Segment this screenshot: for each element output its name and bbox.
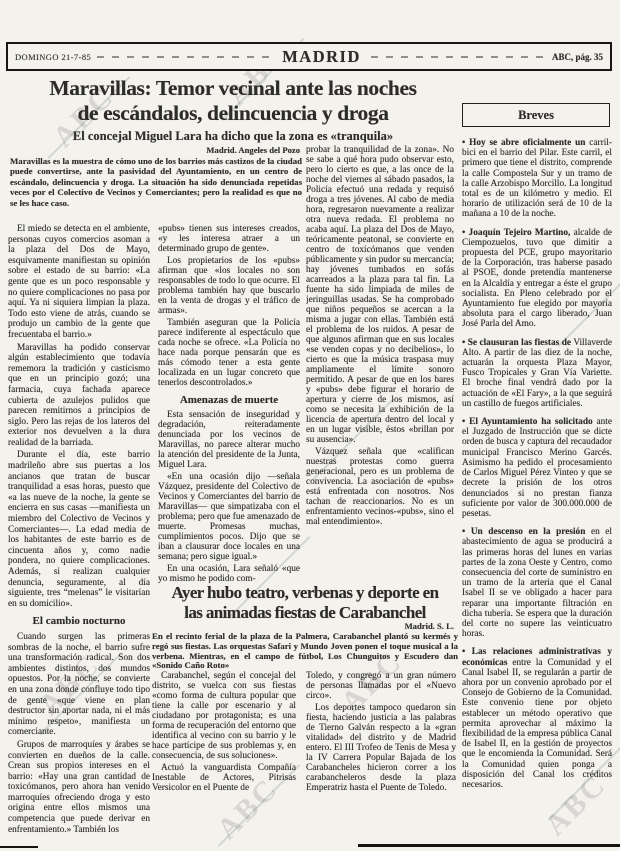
- paragraph: En una ocasión, Lara señaló «que yo mism…: [158, 564, 300, 584]
- breves-item-text: entre la Comunidad y el Canal Isabel II,…: [462, 658, 612, 790]
- paragraph: Toledo, y congregó a un gran número de p…: [306, 671, 456, 701]
- article2-lede: En el recinto ferial de la plaza de la P…: [152, 632, 458, 671]
- paragraph: Grupos de marroquíes y árabes se convier…: [8, 740, 150, 835]
- paragraph: «En una ocasión dijo —señala Vázquez, pr…: [158, 472, 300, 562]
- breves-item: • Las relaciones administrativas y econó…: [462, 647, 612, 790]
- paragraph: Vázquez señala que «califican nuestras p…: [306, 447, 454, 527]
- headline-line: de escándalos, delincuencia y droga: [77, 101, 388, 125]
- breves-item-lead: • Un descenso en la presión: [462, 527, 585, 537]
- breves-item: • Hoy se abre oficialmente un carril-bic…: [462, 138, 612, 220]
- breves-item-text: alcalde de Ciempozuelos, tuvo que dimiti…: [462, 228, 612, 330]
- paragraph: El miedo se detecta en el ambiente, pers…: [8, 224, 150, 341]
- article1-subheadline: El concejal Miguel Lara ha dicho que la …: [10, 129, 456, 144]
- header-rule: [97, 56, 272, 58]
- page-number: ABC, pág. 35: [552, 52, 603, 62]
- breves-item-text: Villaverde Alto. A partir de las diez de…: [462, 338, 612, 409]
- page-header: DOMINGO 21-7-85 MADRID ABC, pág. 35: [6, 42, 612, 71]
- bottom-rule-left: [0, 846, 38, 848]
- paragraph: Cuando surgen las primeras sombras de la…: [8, 632, 150, 738]
- section-title: MADRID: [278, 47, 365, 67]
- paragraph: Los deportes tampoco quedaron sin fiesta…: [306, 703, 456, 793]
- paragraph: Durante el día, este barrio madrileño ab…: [8, 450, 150, 609]
- breves-item: • Se clausuran las fiestas de Villaverde…: [462, 338, 612, 409]
- breves-item-text: en el abastecimiento de agua se producir…: [462, 527, 612, 639]
- breves-list: • Hoy se abre oficialmente un carril-bic…: [462, 138, 612, 848]
- paragraph: Carabanchel, según el concejal del distr…: [152, 671, 296, 761]
- breves-item-lead: • Se clausuran las fiestas de: [462, 338, 571, 348]
- header-rule: [371, 56, 546, 58]
- article2-byline: Madrid. S. L.: [152, 621, 454, 631]
- paragraph: Esta sensación de inseguridad y degradac…: [158, 410, 300, 470]
- headline-line: Ayer hubo teatro, verbenas y deporte en: [172, 583, 439, 602]
- article1-lede: Maravillas es la muestra de cómo uno de …: [10, 156, 302, 208]
- bottom-rule-right: [358, 844, 620, 847]
- article1-column-2: «pubs» tienen sus intereses creados, «y …: [158, 224, 300, 594]
- article1-column-1: El miedo se detecta en el ambiente, pers…: [8, 224, 150, 846]
- breves-item-lead: • Hoy se abre oficialmente un: [462, 138, 585, 148]
- breves-item-lead: • Joaquín Tejeiro Martino,: [462, 228, 570, 238]
- breves-item: • Joaquín Tejeiro Martino, alcalde de Ci…: [462, 228, 612, 330]
- paragraph: Actuó la vanguardista Compañía Inestable…: [152, 763, 296, 793]
- breves-item-lead: • El Ayuntamiento ha solicitado: [462, 417, 593, 427]
- breves-title-box: Breves: [462, 103, 610, 127]
- paragraph: Los propietarios de los «pubs» afirman q…: [158, 256, 300, 316]
- headline-line: Maravillas: Temor vecinal ante las noche…: [49, 76, 416, 100]
- breves-item: • Un descenso en la presión en el abaste…: [462, 527, 612, 639]
- article2-headline: Ayer hubo teatro, verbenas y deporte enl…: [152, 583, 458, 622]
- breves-title: Breves: [518, 108, 554, 123]
- crosshead-amenazas-de-muerte: Amenazas de muerte: [158, 395, 300, 405]
- crosshead-cambio-nocturno: El cambio nocturno: [8, 616, 150, 627]
- breves-item-text: carril-bici en el barrio del Pilar. Este…: [462, 138, 612, 219]
- breves-item-text: ante el Juzgado de Instrucción que se di…: [462, 417, 612, 519]
- breves-item: • El Ayuntamiento ha solicitado ante el …: [462, 417, 612, 519]
- article1-column-3: probar la tranquilidad de la zona». No s…: [306, 145, 454, 591]
- paragraph: También aseguran que la Policía parece i…: [158, 318, 300, 388]
- article2-column-1: Carabanchel, según el concejal del distr…: [152, 671, 296, 823]
- paragraph: Maravillas ha podido conservar algún est…: [8, 343, 150, 449]
- date-label: DOMINGO 21-7-85: [15, 52, 91, 62]
- headline-line: las animadas fiestas de Carabanchel: [184, 603, 426, 622]
- article1-byline: Madrid. Angeles del Pozo: [10, 145, 300, 155]
- article1-headline: Maravillas: Temor vecinal ante las noche…: [10, 76, 456, 126]
- newspaper-page: ABC ABC ABC ABC ABC ABC DOMINGO 21-7-85 …: [0, 0, 620, 851]
- paragraph: «pubs» tienen sus intereses creados, «y …: [158, 224, 300, 254]
- paragraph: probar la tranquilidad de la zona». No s…: [306, 145, 454, 445]
- article2-column-2: Toledo, y congregó a un gran número de p…: [306, 671, 456, 823]
